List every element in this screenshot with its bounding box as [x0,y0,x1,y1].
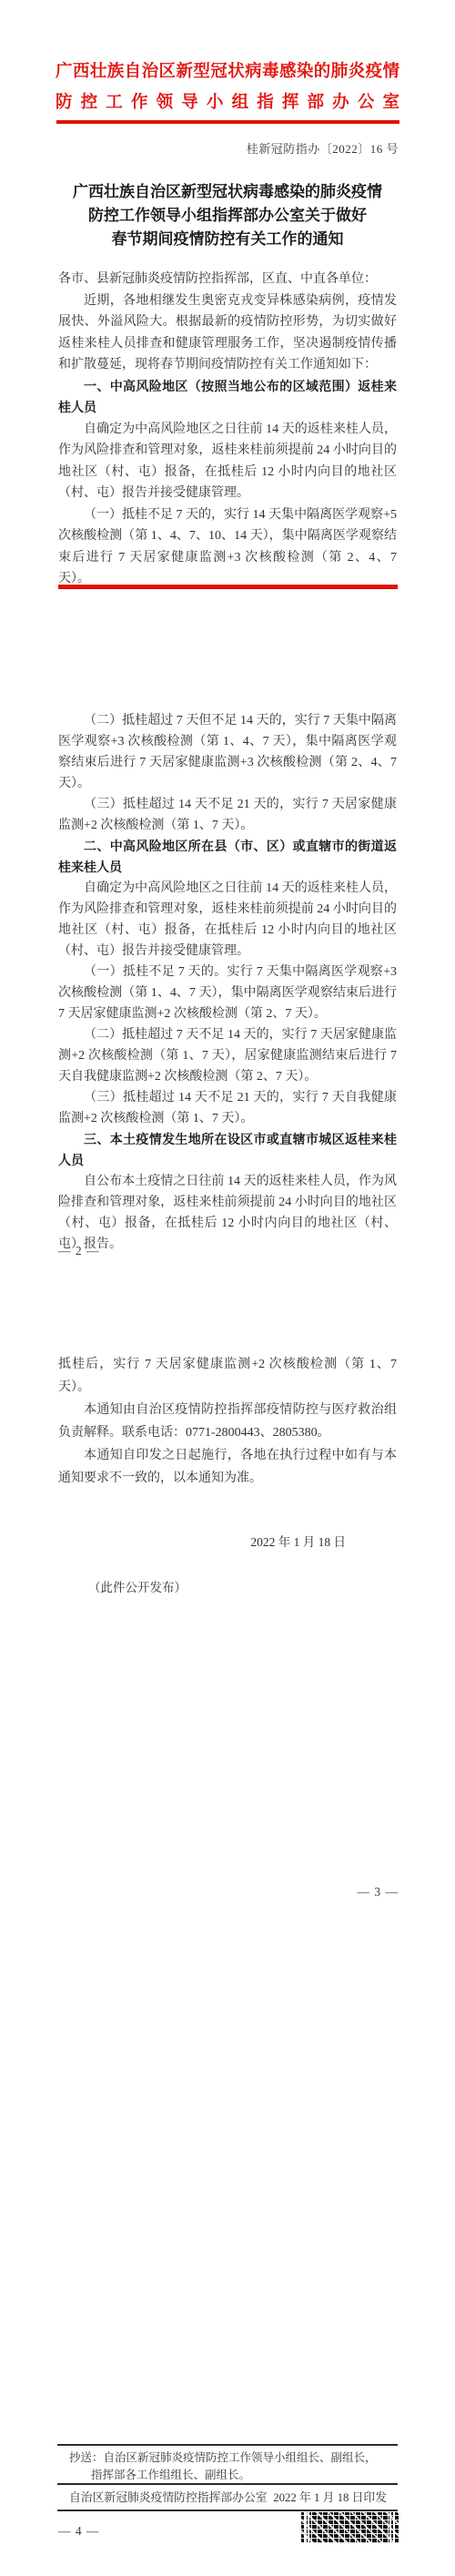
page-number-4: — 4 — [58,2524,100,2539]
page-divider-red-line [58,585,398,589]
section-1-body: 自确定为中高风险地区之日往前 14 天的返桂来桂人员，作为风险排查和管理对象，返… [58,419,397,504]
print-date: 2022 年 1 月 18 日印发 [273,2489,387,2508]
section-3-continuation: 抵桂后，实行 7 天居家健康监测+2 次核酸检测（第 1、7 天）。 [58,1353,397,1399]
notice-title-line1: 广西壮族自治区新型冠状病毒感染的肺炎疫情 [36,180,419,204]
section-2-item-3: （三）抵桂超过 14 天不足 21 天的，实行 7 天自我健康监测+2 次核酸检… [58,1087,397,1129]
footer-rule-top [57,2444,398,2446]
section-2-item-1: （一）抵桂不足 7 天的。实行 7 天集中隔离医学观察+3 次核酸检测（第 1、… [58,962,397,1024]
cc-line2: 指挥部各工作组组长、副组长。 [91,2467,393,2484]
issue-date: 2022 年 1 月 18 日 [250,1532,346,1550]
section-1-item-1: （一）抵桂不足 7 天的，实行 14 天集中隔离医学观察+5 次核酸检测（第 1… [58,504,397,590]
cc-note: 抄送：自治区新冠肺炎疫情防控工作领导小组组长、副组长， 指挥部各工作组组长、副组… [69,2449,393,2484]
interpretation-note: 本通知由自治区疫情防控指挥部疫情防控与医疗救治组负责解释。联系电话：0771-2… [58,1399,397,1444]
official-notice-document: 广西壮族自治区新型冠状病毒感染的肺炎疫情 防控工作领导小组指挥部办公室 桂新冠防… [0,0,455,2576]
section-2-body: 自确定为中高风险地区之日往前 14 天的返桂来桂人员，作为风险排查和管理对象，返… [58,878,397,962]
barcode-graphic [300,2512,399,2543]
document-number: 桂新冠防指办〔2022〕16 号 [247,139,399,157]
page2-body: （二）抵桂超过 7 天但不足 14 天的，实行 7 天集中隔离医学观察+3 次核… [58,710,397,1255]
page3-body: 抵桂后，实行 7 天居家健康监测+2 次核酸检测（第 1、7 天）。 本通知由自… [58,1353,397,1490]
section-3-body: 自公布本土疫情之日往前 14 天的返桂来桂人员，作为风险排查和管理对象，返桂来桂… [58,1171,397,1255]
letterhead-red-rule [56,120,399,124]
salutation: 各市、县新冠肺炎疫情防控指挥部，区直、中直各单位： [58,269,397,290]
notice-title-line2: 防控工作领导小组指挥部办公室关于做好 [36,204,419,228]
section-1-item-3: （三）抵桂超过 14 天不足 21 天的，实行 7 天居家健康监测+2 次核酸检… [58,794,397,836]
issuer-row: 自治区新冠肺炎疫情防控指挥部办公室 2022 年 1 月 18 日印发 [69,2489,387,2508]
intro-paragraph: 近期，各地相继发生奥密克戎变异株感染病例，疫情发展快、外溢风险大。根据最新的疫情… [58,290,397,376]
footer-rule-middle [57,2483,398,2485]
page-number-3: — 3 — [358,1885,399,1899]
section-2-heading: 二、中高风险地区所在县（市、区）或直辖市的街道返桂来桂人员 [58,836,397,878]
cc-line1: 抄送：自治区新冠肺炎疫情防控工作领导小组组长、副组长， [69,2449,393,2467]
public-release-note: （此件公开发布） [88,1577,187,1595]
page1-body: 各市、县新冠肺炎疫情防控指挥部，区直、中直各单位： 近期，各地相继发生奥密克戎变… [58,269,397,590]
letterhead-org-line2: 防控工作领导小组指挥部办公室 [56,89,399,117]
page-number-2: — 2 — [58,1244,100,1258]
effective-note: 本通知自印发之日起施行，各地在执行过程中如有与本通知要求不一致的，以本通知为准。 [58,1444,397,1490]
section-3-heading: 三、本土疫情发生地所在设区市或直辖市城区返桂来桂人员 [58,1129,397,1171]
section-2-item-2: （二）抵桂超过 7 天不足 14 天的，实行 7 天居家健康监测+2 次核酸检测… [58,1024,397,1087]
issuer-name: 自治区新冠肺炎疫情防控指挥部办公室 [69,2489,268,2508]
notice-title-line3: 春节期间疫情防控有关工作的通知 [36,228,419,251]
section-1-item-2: （二）抵桂超过 7 天但不足 14 天的，实行 7 天集中隔离医学观察+3 次核… [58,710,397,794]
notice-title: 广西壮族自治区新型冠状病毒感染的肺炎疫情 防控工作领导小组指挥部办公室关于做好 … [36,180,419,251]
section-1-heading: 一、中高风险地区（按照当地公布的区域范围）返桂来桂人员 [58,376,397,419]
letterhead-org-line1: 广西壮族自治区新型冠状病毒感染的肺炎疫情 [56,58,399,86]
footer-rule-bottom [57,2510,398,2511]
